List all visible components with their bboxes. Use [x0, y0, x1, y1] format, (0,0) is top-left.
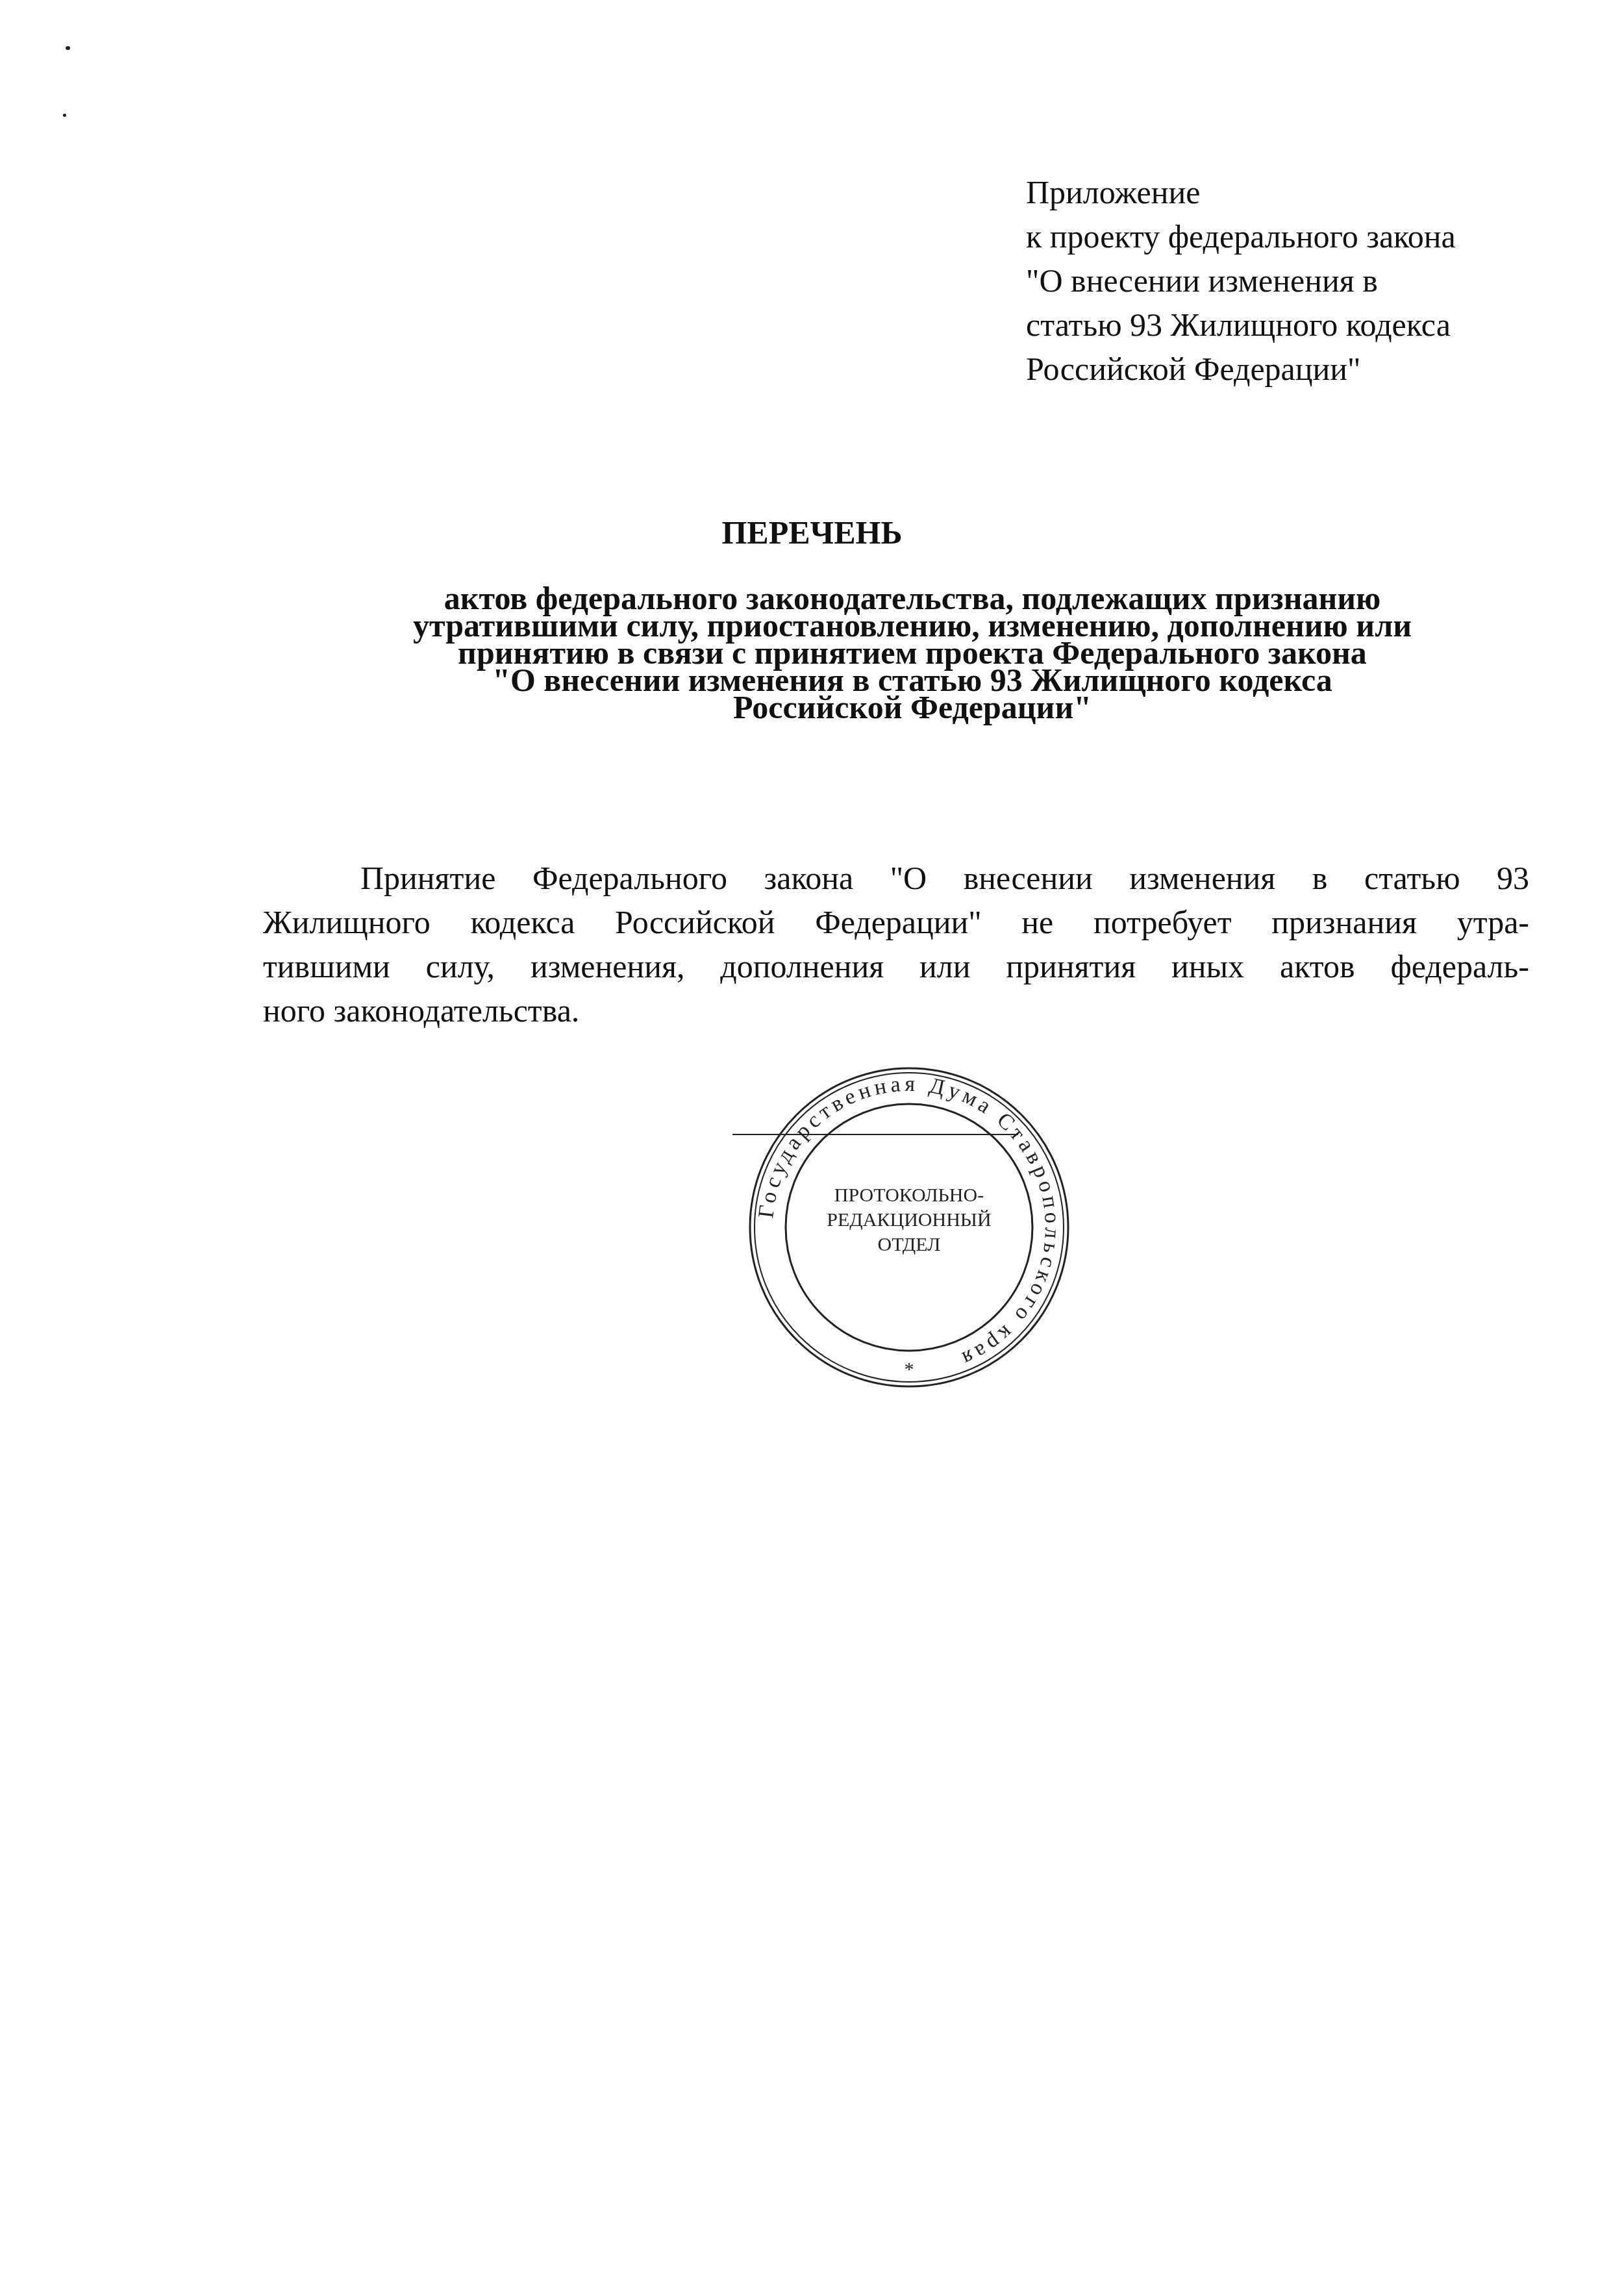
official-stamp: Государственная Дума Ставропольского кра… — [740, 1059, 1078, 1396]
appendix-line: к проекту федерального закона — [1026, 214, 1456, 258]
stamp-center-line: ОТДЕЛ — [878, 1234, 941, 1255]
body-line: Жилищного кодекса Российской Федерации" … — [263, 900, 1529, 944]
star-icon: * — [905, 1359, 914, 1380]
body-line: Принятие Федерального закона "О внесении… — [263, 856, 1529, 900]
appendix-line: Приложение — [1026, 170, 1456, 214]
document-title: ПЕРЕЧЕНЬ — [0, 513, 1624, 552]
appendix-note: Приложение к проекту федерального закона… — [1026, 170, 1456, 391]
scan-speck — [66, 46, 70, 50]
document-subtitle: актов федерального законодательства, под… — [247, 584, 1578, 721]
body-line: тившими силу, изменения, дополнения или … — [263, 944, 1529, 988]
scan-speck — [63, 114, 66, 117]
appendix-line: Российской Федерации" — [1026, 347, 1456, 391]
body-line: ного законодательства. — [263, 988, 1529, 1033]
stamp-center-line: ПРОТОКОЛЬНО- — [834, 1184, 984, 1206]
appendix-line: статью 93 Жилищного кодекса — [1026, 303, 1456, 347]
stamp-center-line: РЕДАКЦИОННЫЙ — [827, 1209, 991, 1231]
appendix-line: "О внесении изменения в — [1026, 258, 1456, 303]
body-paragraph: Принятие Федерального закона "О внесении… — [263, 856, 1529, 1033]
subtitle-line: Российской Федерации" — [247, 694, 1578, 721]
